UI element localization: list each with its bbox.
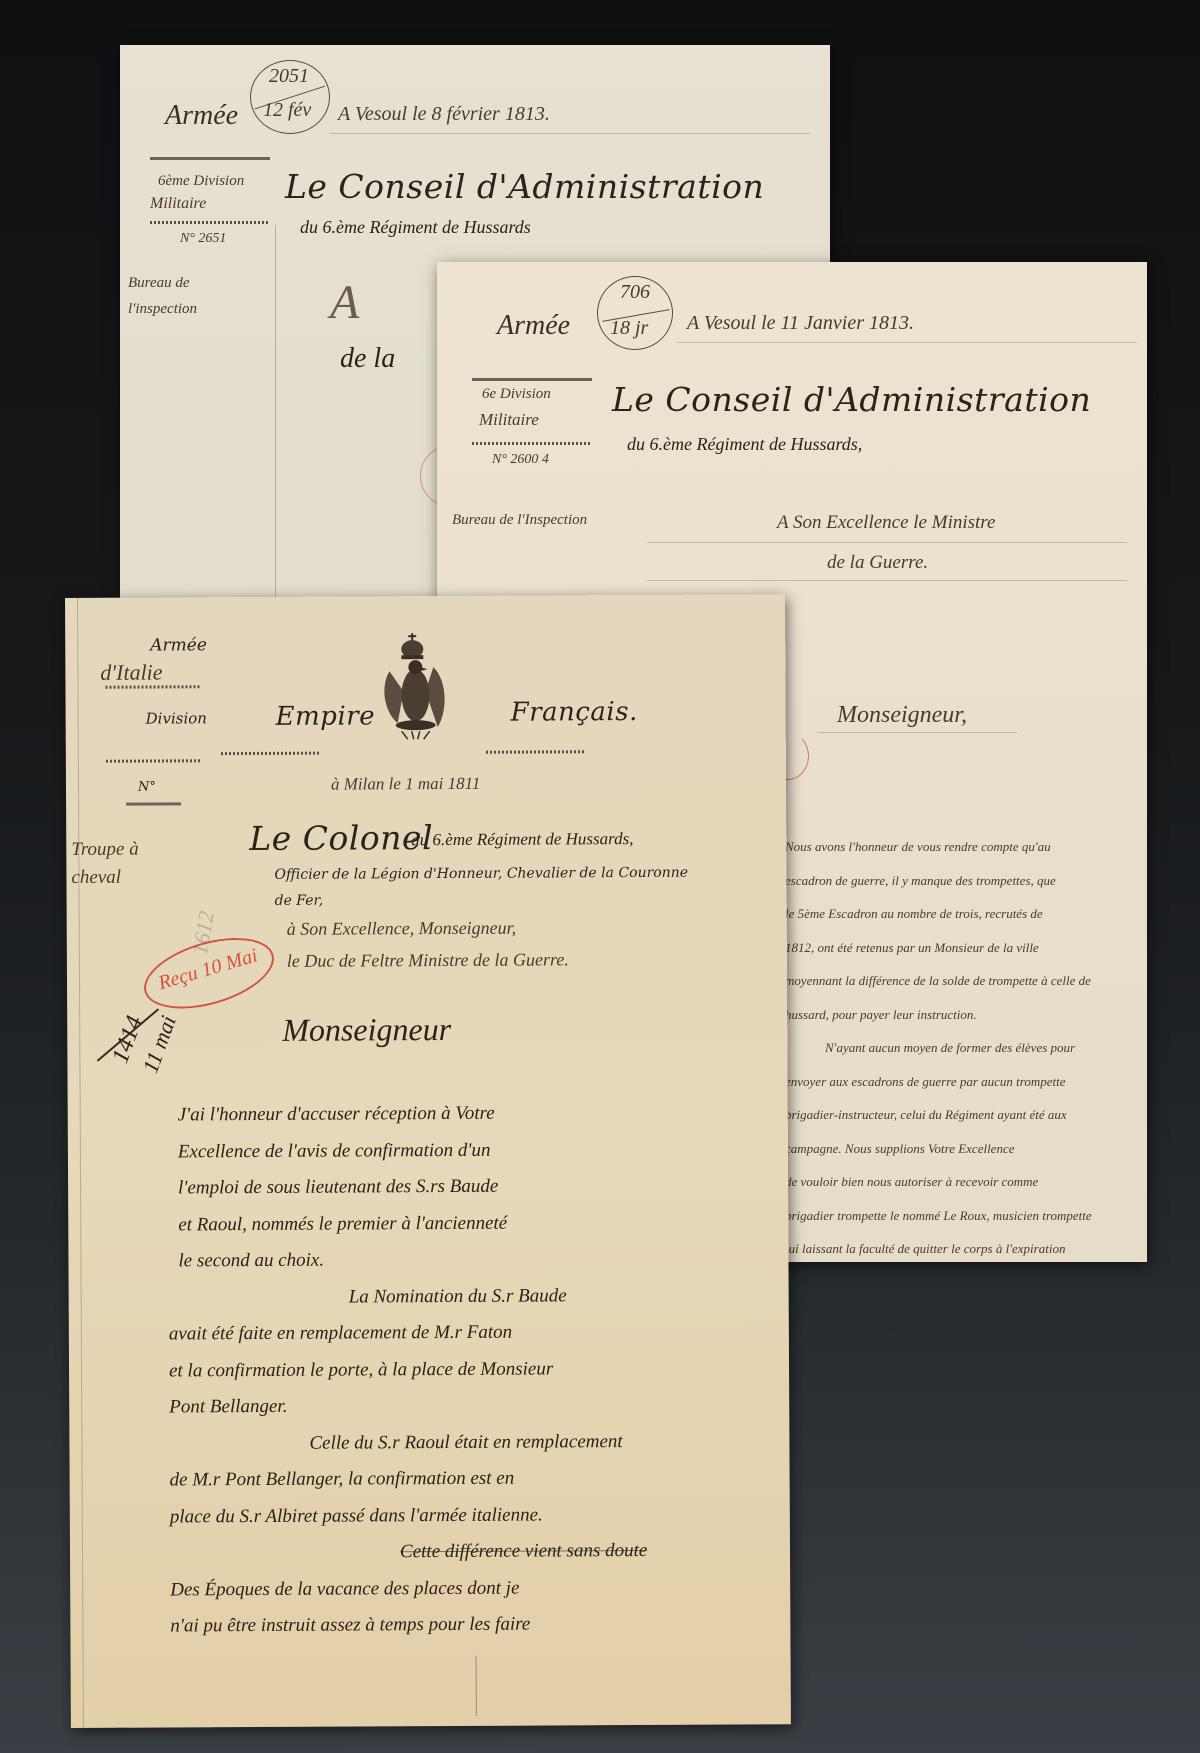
letter-3-letterhead-right: Français. xyxy=(511,697,638,728)
letter-2-body-line: moyennant la différence de la solde de t… xyxy=(785,964,1125,998)
letter-2-body-line: Nous avons l'honneur de vous rendre comp… xyxy=(785,830,1125,864)
letter-2-body-line: de vouloir bien nous autoriser à recevoi… xyxy=(785,1165,1125,1199)
letter-1-subtitle: du 6.ème Régiment de Hussards xyxy=(300,217,531,238)
letter-2-division: 6e Division xyxy=(482,386,551,403)
letter-3-body-line: n'ai pu être instruit assez à temps pour… xyxy=(170,1605,770,1645)
letter-3-letterhead-left: Empire xyxy=(276,701,376,732)
letter-2-body-line: escadron de guerre, il y manque des trom… xyxy=(785,864,1125,898)
letter-2-body-line: le 5ème Escadron au nombre de trois, rec… xyxy=(785,897,1125,931)
letter-3-salutation: Monseigneur xyxy=(282,1011,451,1049)
imperial-eagle-icon xyxy=(375,631,456,741)
letter-3-body-line: le second au choix. xyxy=(168,1240,768,1280)
letter-3-title-line-3: de Fer, xyxy=(275,893,324,909)
letter-3-body-line: La Nomination du S.r Baude xyxy=(169,1277,769,1317)
letter-1-division: 6ème Division xyxy=(158,173,244,190)
letter-2-stamp-date: 18 jr xyxy=(610,317,648,340)
letter-3-addressee-line-1: à Son Excellence, Monseigneur, xyxy=(287,918,517,940)
letter-2-stamp-number: 706 xyxy=(620,281,650,304)
letter-2-body-line: campagne. Nous supplions Votre Excellenc… xyxy=(785,1132,1125,1166)
letter-3-title: Le Colonel xyxy=(249,818,433,858)
letter-2-title: Le Conseil d'Administration xyxy=(612,380,1091,419)
letter-2-addressee-line-2: de la Guerre. xyxy=(827,552,928,574)
letter-1-number: N° 2651 xyxy=(180,231,226,247)
letter-2-bureau: Bureau de l'Inspection xyxy=(452,512,587,529)
letter-3-armee-label: Armée xyxy=(150,635,207,655)
letter-1-body-fragment: de la xyxy=(340,343,395,375)
letter-2-registry-stamp: 706 18 jr xyxy=(597,276,673,350)
letter-3-body-line: l'emploi de sous lieutenant des S.rs Bau… xyxy=(168,1167,768,1207)
letter-2-number: N° 2600 4 xyxy=(492,452,549,468)
letter-3-sheet: Armée d'Italie Division N° Empire França… xyxy=(65,594,791,1728)
letter-3-number-label: N° xyxy=(138,780,156,795)
letter-1-bureau: Bureau de l'inspection xyxy=(128,270,238,322)
letter-1-registry-stamp: 2051 12 fév xyxy=(250,60,330,134)
letter-3-body: J'ai l'honneur d'accuser réception à Vot… xyxy=(168,1094,771,1645)
letter-3-division-label: Division xyxy=(146,709,207,727)
letter-1-place-date: A Vesoul le 8 février 1813. xyxy=(338,103,550,126)
paper-tear xyxy=(476,1656,477,1716)
letter-3-place-date: à Milan le 1 mai 1811 xyxy=(331,774,480,795)
letter-2-addressee-line-1: A Son Excellence le Ministre xyxy=(777,512,995,534)
letter-3-body-line: Excellence de l'avis de confirmation d'u… xyxy=(168,1131,768,1171)
letter-3-body-line: Celle du S.r Raoul était en remplacement xyxy=(169,1423,769,1463)
letter-2-body-line: envoyer aux escadrons de guerre par aucu… xyxy=(785,1065,1125,1099)
letter-2-division-sub: Militaire xyxy=(479,410,539,430)
letter-3-subject: Troupe à cheval xyxy=(71,835,181,892)
letter-2-body-line: 1812, ont été retenus par un Monsieur de… xyxy=(785,931,1125,965)
letter-3-body-line: et la confirmation le porte, à la place … xyxy=(169,1350,769,1390)
letter-3-addressee-line-2: le Duc de Feltre Ministre de la Guerre. xyxy=(287,949,569,971)
letter-3-body-line: J'ai l'honneur d'accuser réception à Vot… xyxy=(168,1094,768,1134)
letter-3-body-line: et Raoul, nommés le premier à l'ancienne… xyxy=(168,1204,768,1244)
letter-2-subtitle: du 6.ème Régiment de Hussards, xyxy=(627,434,862,455)
letter-1-division-sub: Militaire xyxy=(150,195,206,213)
letter-3-body-line: place du S.r Albiret passé dans l'armée … xyxy=(170,1496,770,1536)
letter-2-body-line: N'ayant aucun moyen de former des élèves… xyxy=(785,1031,1125,1065)
letter-2-body-line: brigadier-instructeur, celui du Régiment… xyxy=(785,1098,1125,1132)
letter-2-body-line: brigadier trompette le nommé Le Roux, mu… xyxy=(785,1199,1125,1233)
letter-2-body: Nous avons l'honneur de vous rendre comp… xyxy=(785,830,1125,1266)
letter-2-armee-label: Armée xyxy=(497,310,570,342)
letter-1-armee-label: Armée xyxy=(165,100,238,132)
letter-3-title-rest: du 6.ème Régiment de Hussards, xyxy=(411,829,633,850)
letter-3-body-line: avait été faite en remplacement de M.r F… xyxy=(169,1313,769,1353)
letter-3-body-line: de M.r Pont Bellanger, la confirmation e… xyxy=(170,1459,770,1499)
letter-3-body-line: Pont Bellanger. xyxy=(169,1386,769,1426)
letter-3-title-line-2: Officier de la Légion d'Honneur, Chevali… xyxy=(274,865,688,883)
letter-2-body-line: hussard, pour payer leur instruction. xyxy=(785,998,1125,1032)
letter-1-body-fragment-initial: A xyxy=(330,275,359,330)
letter-1-title: Le Conseil d'Administration xyxy=(285,167,764,206)
letter-3-body-line: Cette différence vient sans doute xyxy=(170,1532,770,1572)
letter-2-place-date: A Vesoul le 11 Janvier 1813. xyxy=(687,312,914,335)
letter-1-stamp-date: 12 fév xyxy=(263,99,311,122)
letter-3-body-line: Des Époques de la vacance des places don… xyxy=(170,1569,770,1609)
letter-1-stamp-number: 2051 xyxy=(269,65,309,88)
letter-3-armee-value: d'Italie xyxy=(100,659,162,685)
letter-2-salutation: Monseigneur, xyxy=(837,702,967,729)
letter-2-body-line: lui laissant la faculté de quitter le co… xyxy=(785,1232,1125,1266)
